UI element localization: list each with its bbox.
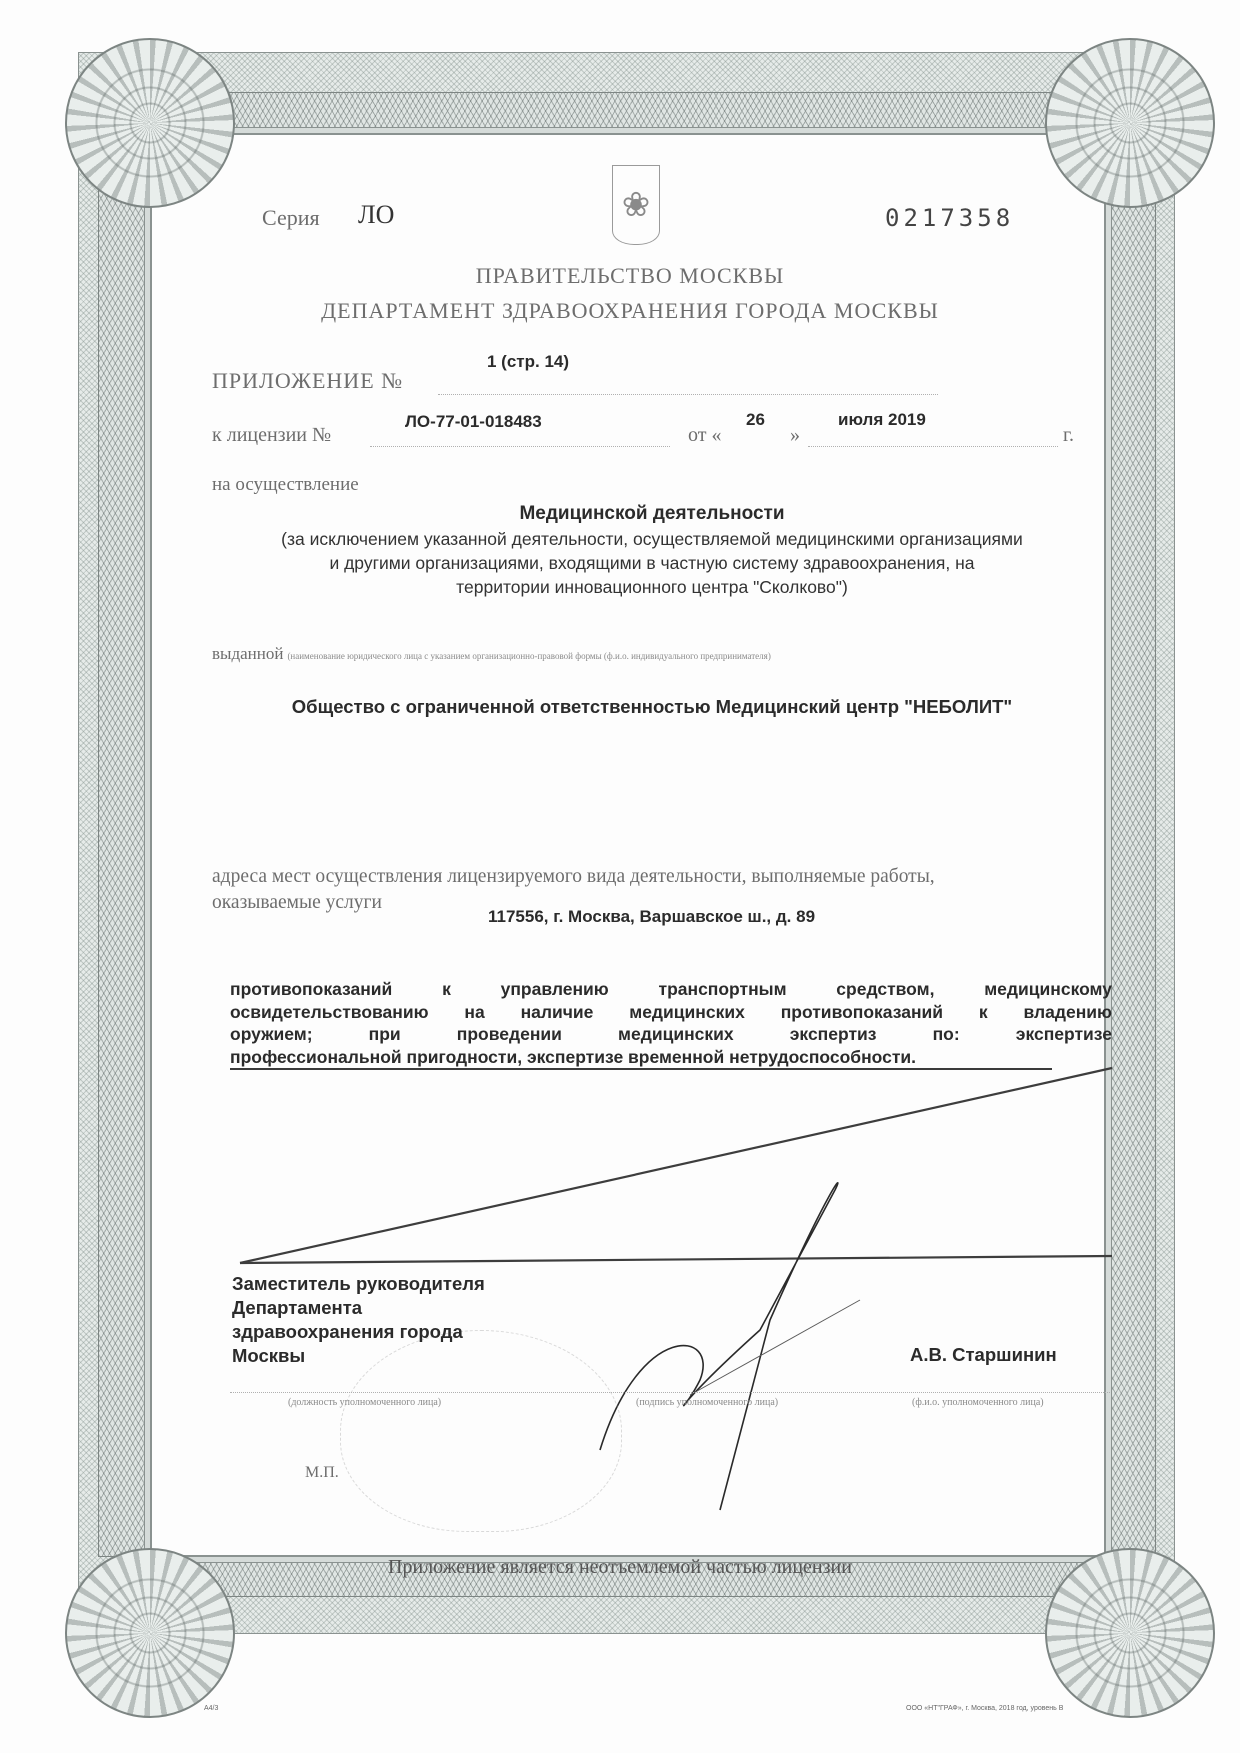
caption-signature: (подпись уполномоченного лица)	[636, 1397, 778, 1408]
printer-info: ООО «НТ"ГРАФ», г. Москва, 2018 год, уров…	[906, 1705, 1063, 1712]
caption-name: (ф.и.о. уполномоченного лица)	[912, 1397, 1044, 1408]
signatory-position: Заместитель руководителя Департамента зд…	[232, 1272, 485, 1368]
position-line: Заместитель руководителя	[232, 1272, 485, 1296]
position-line: Департамента	[232, 1296, 485, 1320]
position-line: Москвы	[232, 1344, 485, 1368]
cancellation-z-line	[0, 0, 1240, 1753]
caption-position: (должность уполномоченного лица)	[288, 1397, 441, 1408]
license-appendix-page: Серия ЛО ❀ 0217358 ПРАВИТЕЛЬСТВО МОСКВЫ …	[0, 0, 1240, 1753]
form-code: А4/3	[204, 1705, 218, 1712]
stamp-label: М.П.	[305, 1464, 339, 1482]
footer-note: Приложение является неотъемлемой частью …	[240, 1556, 1000, 1579]
handwritten-signature	[600, 1183, 838, 1510]
position-line: здравоохранения города	[232, 1320, 485, 1344]
signature-line	[230, 1392, 1110, 1393]
signatory-name: А.В. Старшинин	[910, 1344, 1057, 1366]
